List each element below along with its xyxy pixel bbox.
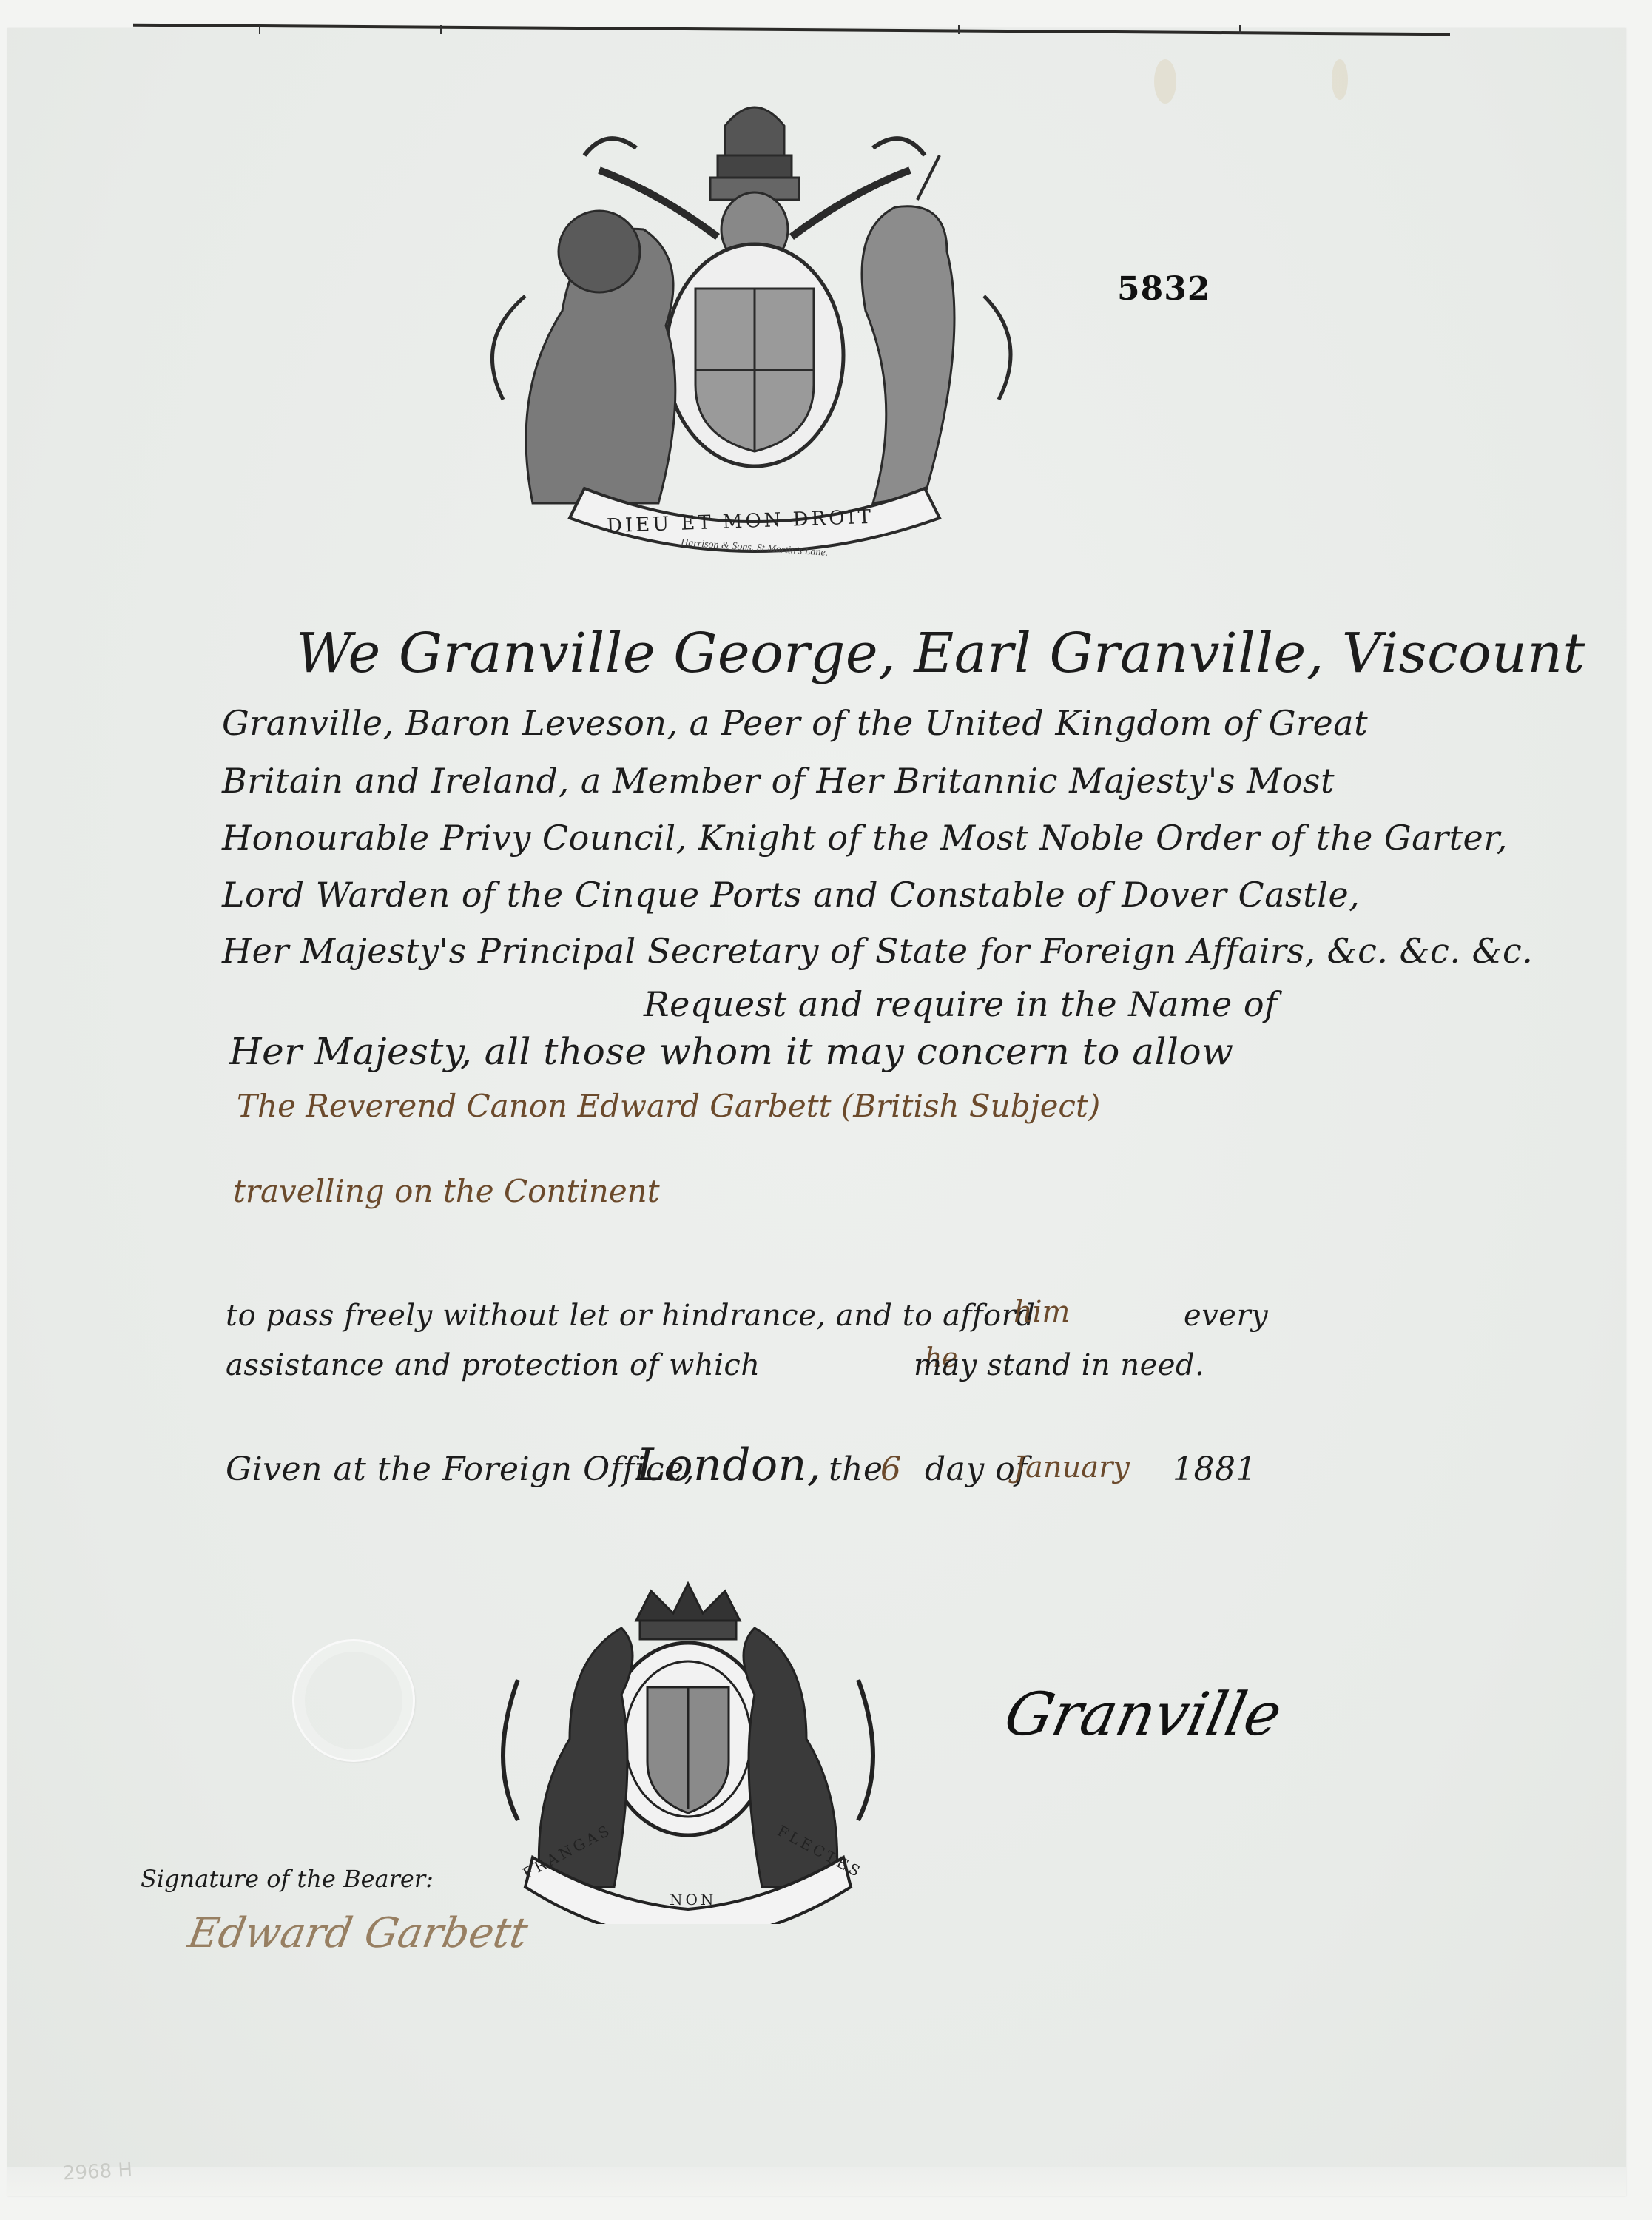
passage-line-1-end: every: [1184, 1299, 1268, 1333]
granville-coat-of-arms-icon: [488, 1576, 888, 1924]
given-day-of: day of: [925, 1450, 1028, 1488]
issuer-signature: Granville: [999, 1680, 1287, 1749]
rule-tick: [440, 25, 442, 34]
motto-center: NON: [670, 1891, 716, 1908]
issuer-line-7: Her Majesty, all those whom it may conce…: [229, 1030, 1233, 1073]
rule-tick: [259, 25, 260, 34]
serial-number: 5832: [1117, 270, 1210, 308]
given-month-handwritten: January: [1014, 1450, 1130, 1484]
given-day-handwritten: 6: [880, 1450, 901, 1488]
embossed-seal-icon: [292, 1639, 415, 1762]
issuer-line-1: Granville, Baron Leveson, a Peer of the …: [222, 703, 1368, 743]
given-city: London,: [636, 1439, 821, 1491]
passage-line-2: assistance and protection of which: [226, 1348, 761, 1382]
given-year: 1881: [1173, 1450, 1257, 1488]
issuer-line-0: We Granville George, Earl Granville, Vis…: [296, 622, 1585, 685]
issuer-line-2: Britain and Ireland, a Member of Her Bri…: [222, 761, 1335, 801]
royal-coat-of-arms-icon: [481, 44, 1028, 562]
foxing-stain: [1154, 59, 1176, 104]
passage-line-2-end: may stand in need.: [914, 1348, 1204, 1382]
bearer-description-handwritten: travelling on the Continent: [233, 1173, 660, 1209]
rule-tick: [958, 25, 960, 34]
issuer-line-6: Request and require in the Name of: [644, 984, 1278, 1024]
paper-bottom-edge: [7, 2167, 1626, 2196]
issuer-line-5: Her Majesty's Principal Secretary of Sta…: [222, 931, 1533, 971]
issuer-line-3: Honourable Privy Council, Knight of the …: [222, 818, 1508, 858]
given-prefix: Given at the Foreign Office,: [226, 1450, 695, 1488]
bearer-signature-label: Signature of the Bearer:: [141, 1865, 434, 1893]
bearer-name-handwritten: The Reverend Canon Edward Garbett (Briti…: [237, 1088, 1100, 1124]
bearer-signature: Edward Garbett: [184, 1909, 531, 1957]
rule-tick: [1239, 25, 1241, 34]
issuer-line-4: Lord Warden of the Cinque Ports and Cons…: [222, 875, 1360, 915]
passage-line-1: to pass freely without let or hindrance,…: [226, 1299, 1035, 1333]
foxing-stain: [1332, 59, 1348, 100]
given-the: the: [829, 1450, 883, 1488]
pronoun-object-handwritten: him: [1014, 1295, 1070, 1329]
pencil-inventory-mark: 2968 H: [62, 2159, 132, 2185]
